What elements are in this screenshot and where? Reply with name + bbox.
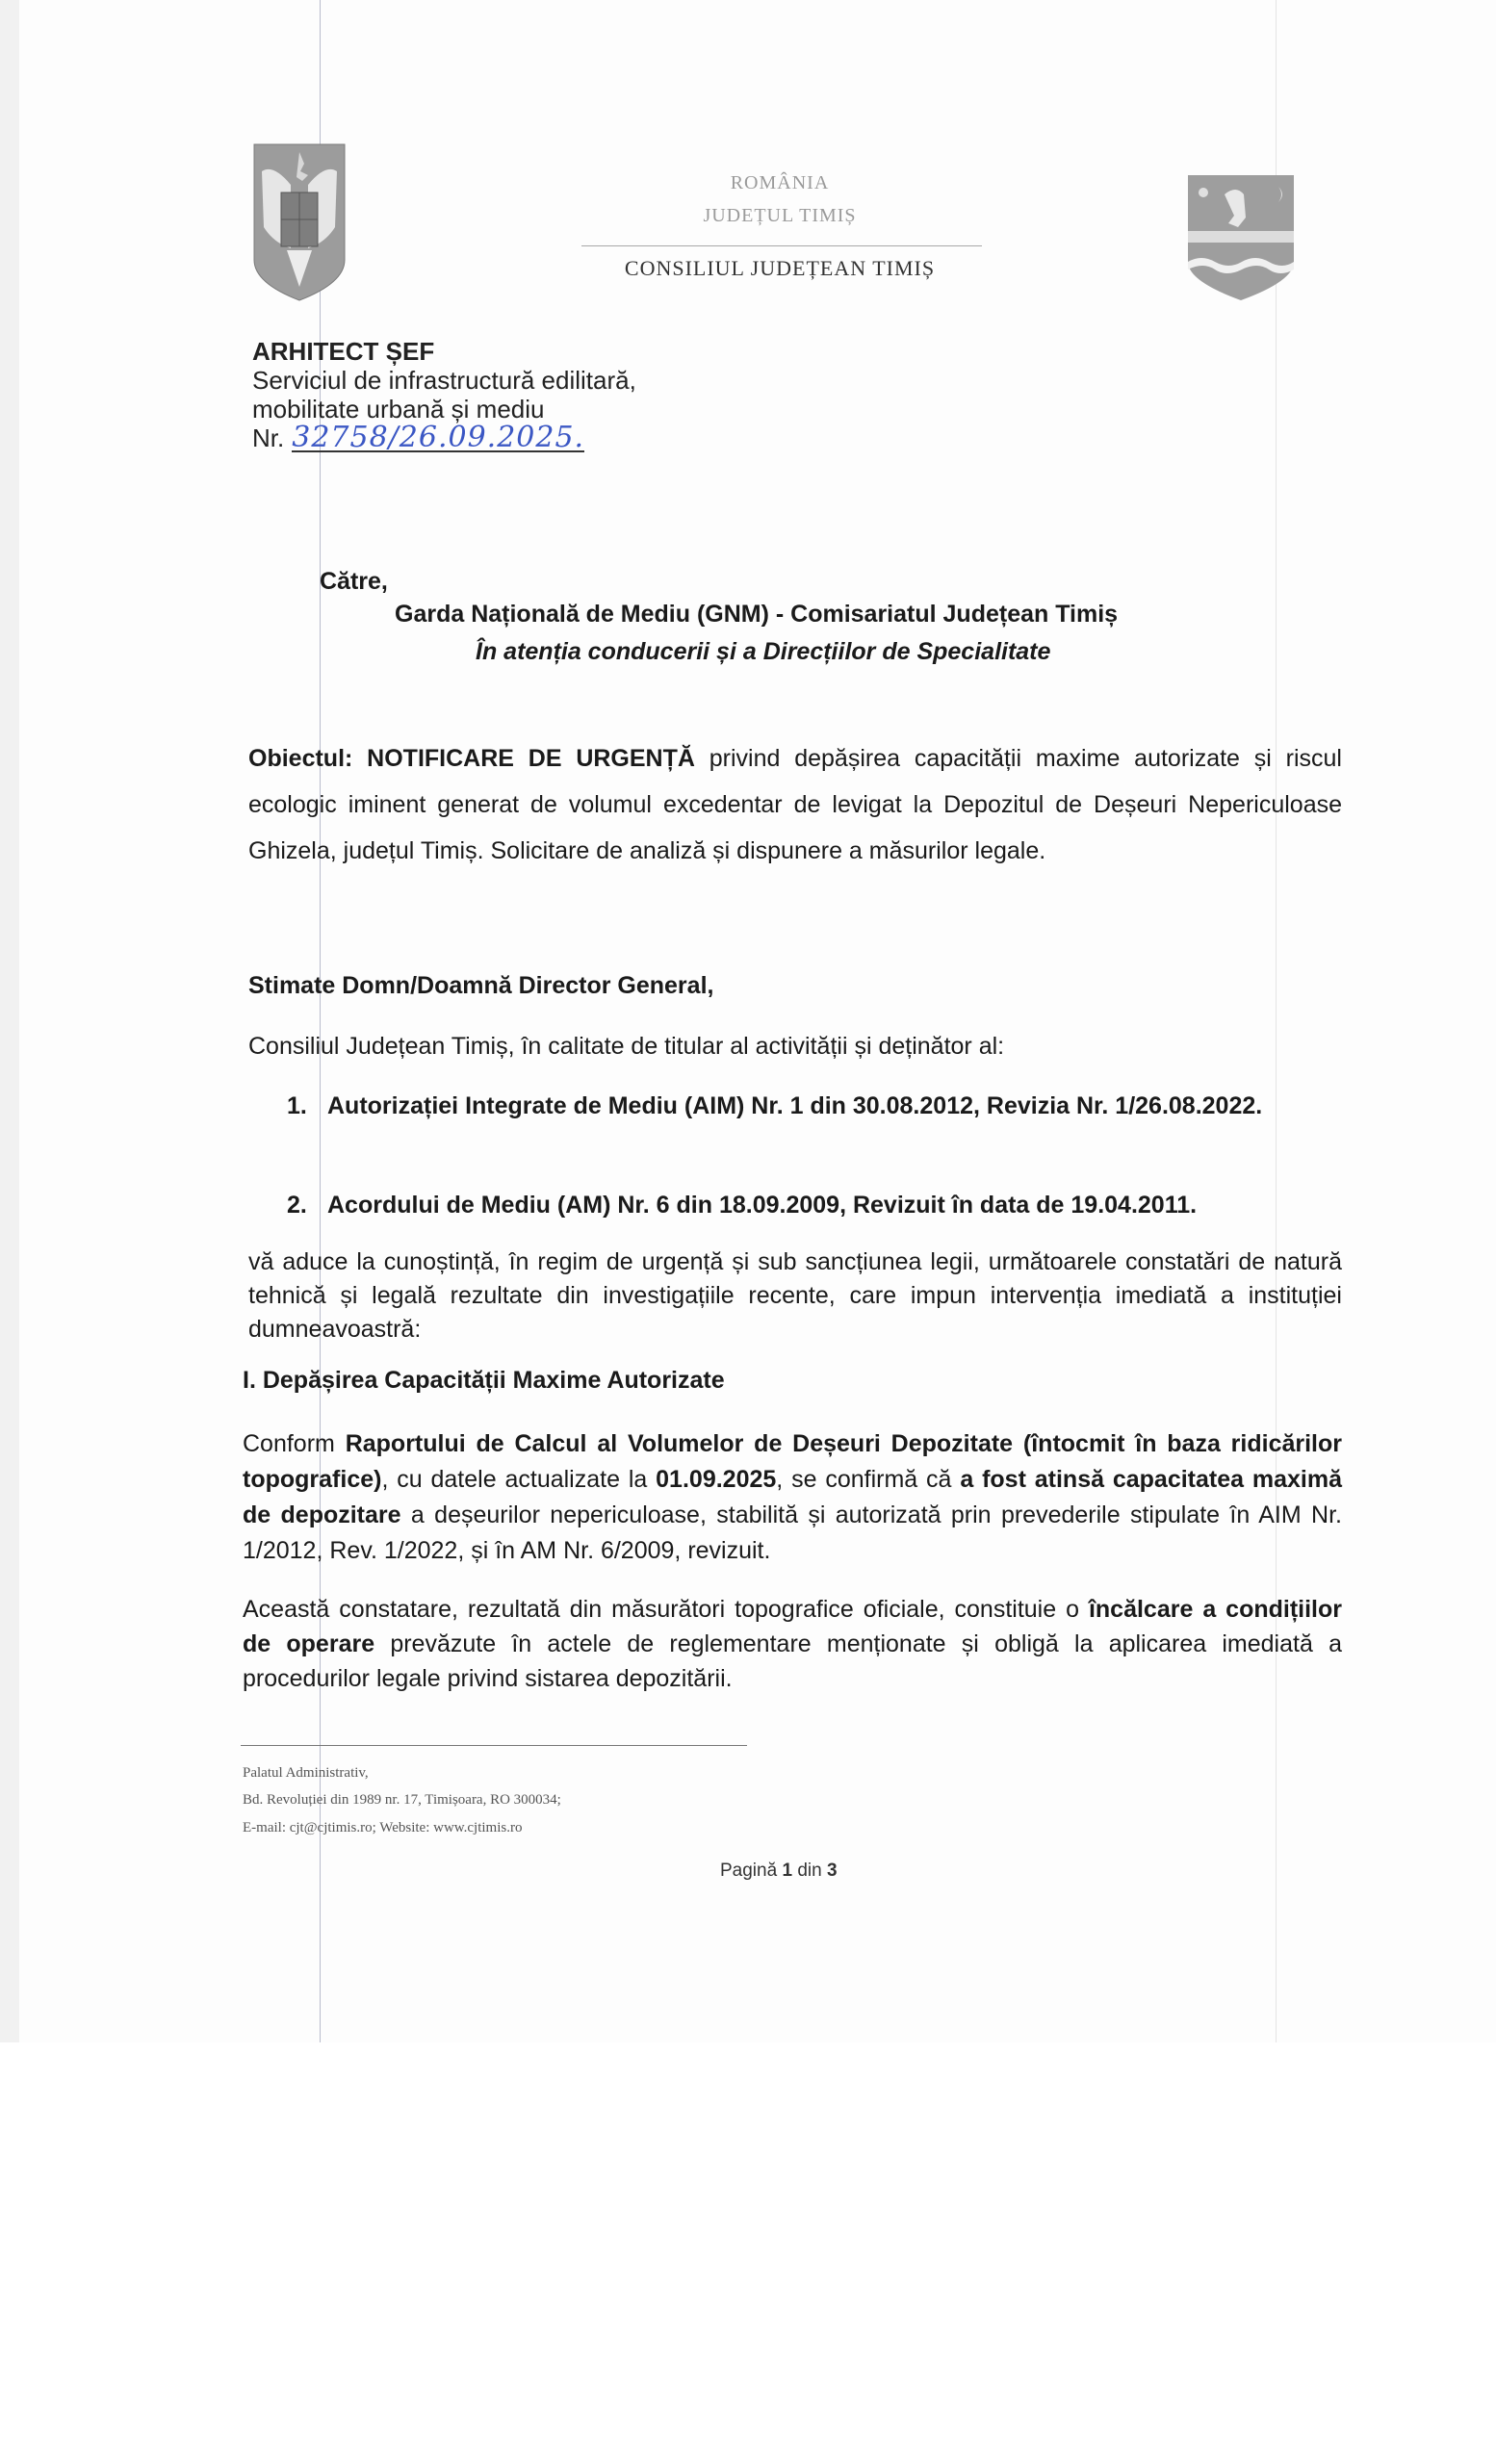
scan-artifact-line [320,0,321,2042]
sender-block: ARHITECT ȘEF Serviciul de infrastructură… [252,337,636,452]
romania-coat-of-arms-icon [252,142,347,302]
scan-edge-strip [0,0,19,2042]
recipient-organization: Garda Națională de Mediu (GNM) - Comisar… [395,601,1118,629]
footer-divider [241,1745,747,1746]
text-run: Conform [243,1430,346,1457]
header-county: JUDEȚUL TIMIȘ [578,205,982,227]
section-heading: I. Depășirea Capacității Maxime Autoriza… [243,1367,725,1395]
text-run: , se confirmă că [776,1466,960,1493]
scan-artifact-line [1276,0,1277,2042]
sender-title: ARHITECT ȘEF [252,337,636,366]
section-paragraph-2: Această constatare, rezultată din măsură… [243,1592,1342,1696]
permit-text: Autorizației Integrate de Mediu (AIM) Nr… [327,1090,1342,1123]
header-institution: CONSILIUL JUDEȚEAN TIMIȘ [578,256,982,281]
recipient-label: Către, [320,568,388,596]
notice-paragraph: vă aduce la cunoștință, în regim de urge… [248,1245,1342,1347]
intro-line: Consiliul Județean Timiș, în calitate de… [248,1033,1004,1061]
registration-number-line: Nr. 32758/26.09.2025. [252,423,636,452]
permit-number: 1. [287,1090,307,1123]
page-label: Pagină [720,1861,777,1881]
header-country: ROMÂNIA [578,172,982,194]
page-current: 1 [782,1861,792,1881]
footer-contact-line: E-mail: cjt@cjtimis.ro; Website: www.cjt… [243,1820,522,1836]
text-run: Această constatare, rezultată din măsură… [243,1596,1089,1623]
registration-number-handwritten: 32758/26.09.2025. [292,425,584,452]
text-run: prevăzute în actele de reglementare menț… [243,1630,1342,1692]
sender-department-line1: Serviciul de infrastructură edilitară, [252,366,636,395]
salutation: Stimate Domn/Doamnă Director General, [248,972,713,1000]
permit-item: 1. Autorizației Integrate de Mediu (AIM)… [287,1090,1342,1123]
page-of: din [797,1861,821,1881]
scanned-page [0,0,1496,2042]
footer-address-line2: Bd. Revoluției din 1989 nr. 17, Timișoar… [243,1792,561,1809]
page-total: 3 [827,1861,838,1881]
subject-paragraph: Obiectul: NOTIFICARE DE URGENȚĂ privind … [248,735,1342,874]
subject-title: NOTIFICARE DE URGENȚĂ [367,745,695,772]
permit-number: 2. [287,1189,307,1222]
sender-department-line2: mobilitate urbană și mediu [252,395,636,423]
permit-text: Acordului de Mediu (AM) Nr. 6 din 18.09.… [327,1189,1342,1222]
text-run: , cu datele actualizate la [381,1466,656,1493]
timis-county-coat-of-arms-icon [1186,173,1296,302]
bold-run: 01.09.2025 [656,1466,776,1493]
header-divider [581,245,982,246]
page-number: Pagină 1 din 3 [720,1861,838,1882]
recipient-attention: În atenția conducerii și a Direcțiilor d… [476,638,1050,666]
registration-number-label: Nr. [252,423,284,452]
text-run: a deșeurilor nepericuloase, stabilită și… [243,1501,1342,1564]
subject-label: Obiectul: [248,745,352,772]
section-paragraph-1: Conform Raportului de Calcul al Volumelo… [243,1426,1342,1569]
permit-item: 2. Acordului de Mediu (AM) Nr. 6 din 18.… [287,1189,1342,1222]
footer-address-line1: Palatul Administrativ, [243,1765,369,1782]
